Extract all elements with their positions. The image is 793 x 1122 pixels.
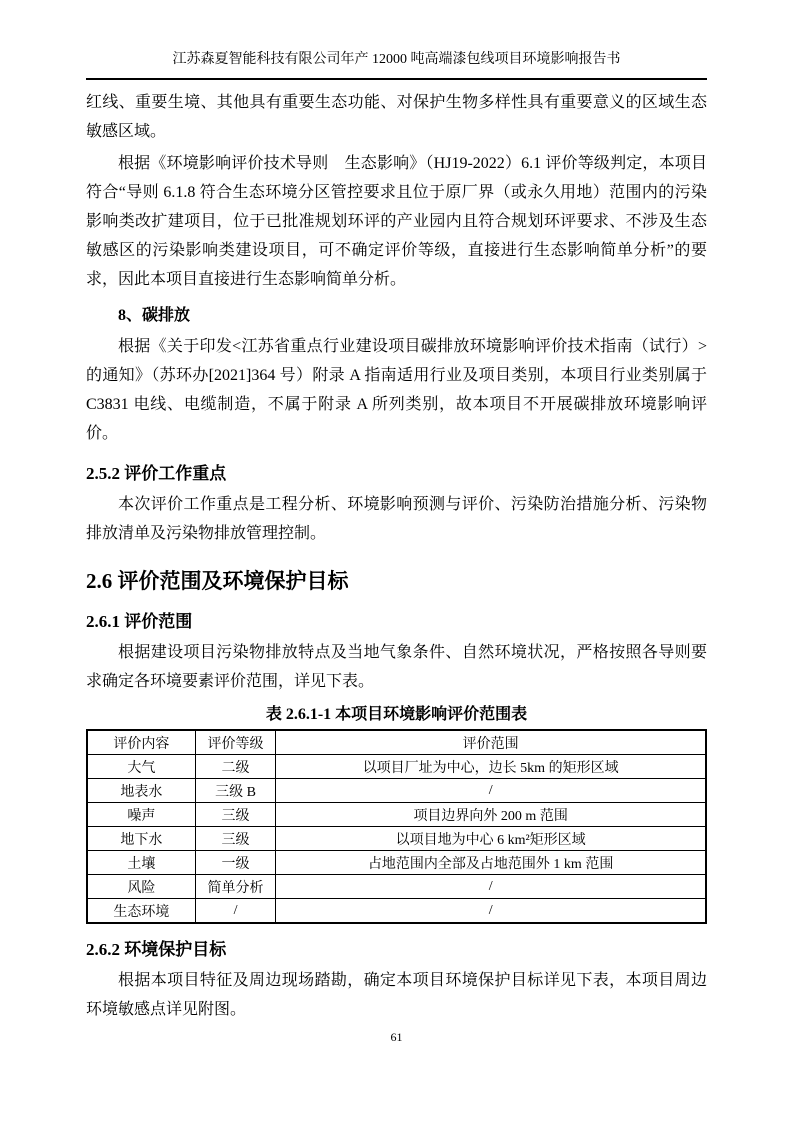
table-header-level: 评价等级 bbox=[195, 730, 275, 755]
paragraph-evaluation-scope: 根据建设项目污染物排放特点及当地气象条件、自然环境状况，严格按照各导则要求确定各… bbox=[86, 638, 707, 696]
cell-level: 三级 bbox=[195, 803, 275, 827]
page-number: 61 bbox=[0, 1030, 793, 1045]
cell-scope: 占地范围内全部及占地范围外 1 km 范围 bbox=[276, 851, 706, 875]
document-page: 江苏森夏智能科技有限公司年产 12000 吨高端漆包线项目环境影响报告书 红线、… bbox=[0, 0, 793, 1122]
paragraph-protection-targets: 根据本项目特征及周边现场踏勘，确定本项目环境保护目标详见下表，本项目周边环境敏感… bbox=[86, 966, 707, 1024]
heading-2-6-scope-and-targets: 2.6 评价范围及环境保护目标 bbox=[86, 566, 707, 596]
paragraph-ecology-redline: 红线、重要生境、其他具有重要生态功能、对保护生物多样性具有重要意义的区域生态敏感… bbox=[86, 88, 707, 146]
cell-content: 地表水 bbox=[87, 779, 195, 803]
cell-level: / bbox=[195, 899, 275, 924]
paragraph-hj19-guideline: 根据《环境影响评价技术导则 生态影响》（HJ19-2022）6.1 评价等级判定… bbox=[86, 149, 707, 294]
table-row-soil: 土壤 一级 占地范围内全部及占地范围外 1 km 范围 bbox=[87, 851, 706, 875]
cell-content: 大气 bbox=[87, 755, 195, 779]
cell-scope: / bbox=[276, 875, 706, 899]
heading-carbon-emission: 8、碳排放 bbox=[86, 304, 707, 328]
evaluation-scope-table: 评价内容 评价等级 评价范围 大气 二级 以项目厂址为中心，边长 5km 的矩形… bbox=[86, 729, 707, 924]
heading-2-6-1-evaluation-scope: 2.6.1 评价范围 bbox=[86, 610, 707, 634]
cell-content: 生态环境 bbox=[87, 899, 195, 924]
cell-level: 三级 B bbox=[195, 779, 275, 803]
cell-scope: 以项目地为中心 6 km²矩形区域 bbox=[276, 827, 706, 851]
cell-level: 简单分析 bbox=[195, 875, 275, 899]
cell-scope: 项目边界向外 200 m 范围 bbox=[276, 803, 706, 827]
cell-scope: / bbox=[276, 779, 706, 803]
cell-scope: / bbox=[276, 899, 706, 924]
table-row-air: 大气 二级 以项目厂址为中心，边长 5km 的矩形区域 bbox=[87, 755, 706, 779]
cell-content: 地下水 bbox=[87, 827, 195, 851]
cell-content: 风险 bbox=[87, 875, 195, 899]
cell-content: 噪声 bbox=[87, 803, 195, 827]
cell-scope: 以项目厂址为中心，边长 5km 的矩形区域 bbox=[276, 755, 706, 779]
heading-2-5-2-evaluation-focus: 2.5.2 评价工作重点 bbox=[86, 462, 707, 486]
table-row-noise: 噪声 三级 项目边界向外 200 m 范围 bbox=[87, 803, 706, 827]
table-row-ecology: 生态环境 / / bbox=[87, 899, 706, 924]
header-title: 江苏森夏智能科技有限公司年产 12000 吨高端漆包线项目环境影响报告书 bbox=[86, 50, 707, 80]
heading-2-6-2-protection-targets: 2.6.2 环境保护目标 bbox=[86, 938, 707, 962]
table-row-groundwater: 地下水 三级 以项目地为中心 6 km²矩形区域 bbox=[87, 827, 706, 851]
paragraph-evaluation-focus: 本次评价工作重点是工程分析、环境影响预测与评价、污染防治措施分析、污染物排放清单… bbox=[86, 490, 707, 548]
table-header-row: 评价内容 评价等级 评价范围 bbox=[87, 730, 706, 755]
table-caption: 表 2.6.1-1 本项目环境影响评价范围表 bbox=[86, 704, 707, 726]
paragraph-carbon-emission: 根据《关于印发<江苏省重点行业建设项目碳排放环境影响评价技术指南（试行）>的通知… bbox=[86, 332, 707, 448]
cell-content: 土壤 bbox=[87, 851, 195, 875]
table-header-content: 评价内容 bbox=[87, 730, 195, 755]
table-row-surface-water: 地表水 三级 B / bbox=[87, 779, 706, 803]
table-row-risk: 风险 简单分析 / bbox=[87, 875, 706, 899]
cell-level: 二级 bbox=[195, 755, 275, 779]
table-header-scope: 评价范围 bbox=[276, 730, 706, 755]
cell-level: 三级 bbox=[195, 827, 275, 851]
cell-level: 一级 bbox=[195, 851, 275, 875]
